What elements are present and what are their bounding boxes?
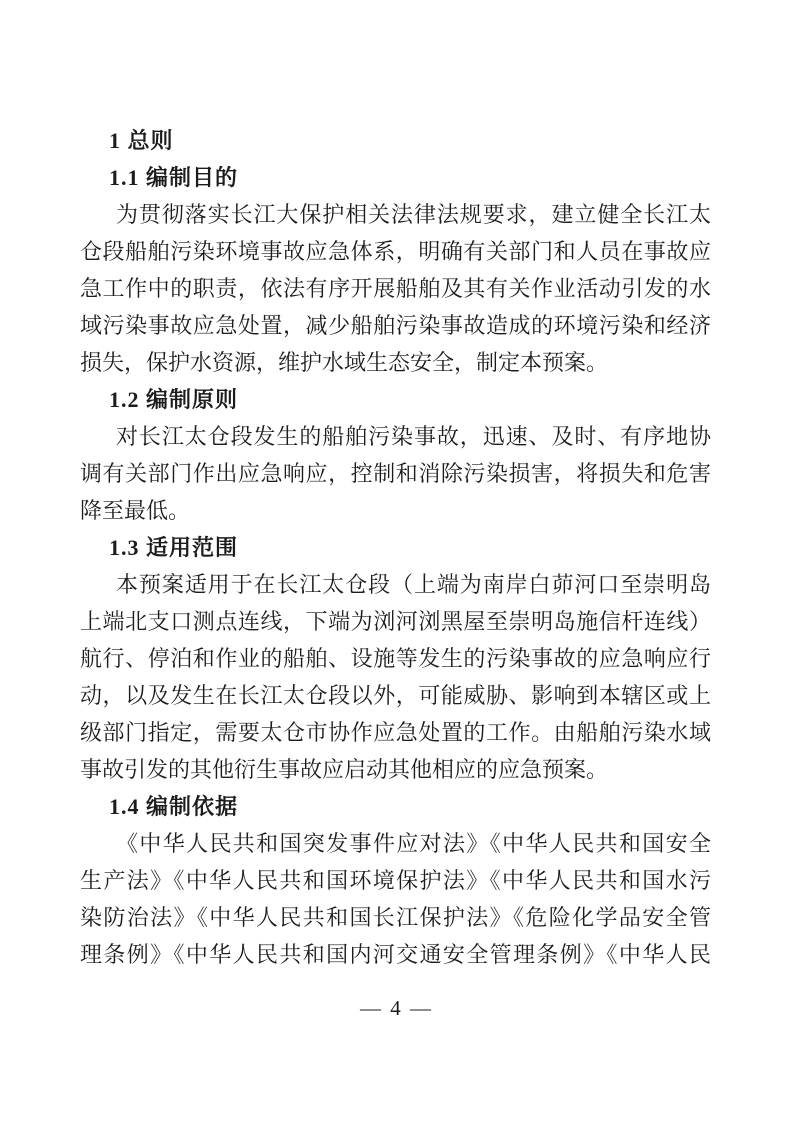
paragraph-line: 动，以及发生在长江太仓段以外，可能威胁、影响到本辖区或上 [80, 677, 711, 714]
paragraph-line: 《中华人民共和国突发事件应对法》《中华人民共和国安全 [80, 825, 711, 862]
section-heading-1-1: 1.1 编制目的 [80, 159, 711, 196]
page-number: — 4 — [0, 996, 793, 1021]
paragraph-line: 生产法》《中华人民共和国环境保护法》《中华人民共和国水污 [80, 862, 711, 899]
paragraph-line: 级部门指定，需要太仓市协作应急处置的工作。由船舶污染水域 [80, 714, 711, 751]
section-paragraph-1-2: 对长江太仓段发生的船舶污染事故，迅速、及时、有序地协调有关部门作出应急响应，控制… [80, 418, 711, 529]
paragraph-line: 降至最低。 [80, 492, 711, 529]
paragraph-line: 调有关部门作出应急响应，控制和消除污染损害，将损失和危害 [80, 455, 711, 492]
paragraph-line: 急工作中的职责，依法有序开展船舶及其有关作业活动引发的水 [80, 270, 711, 307]
section-paragraph-1-3: 本预案适用于在长江太仓段（上端为南岸白茆河口至崇明岛上端北支口测点连线，下端为浏… [80, 566, 711, 788]
section-paragraph-1-4: 《中华人民共和国突发事件应对法》《中华人民共和国安全生产法》《中华人民共和国环境… [80, 825, 711, 973]
paragraph-line: 本预案适用于在长江太仓段（上端为南岸白茆河口至崇明岛 [80, 566, 711, 603]
paragraph-line: 染防治法》《中华人民共和国长江保护法》《危险化学品安全管 [80, 899, 711, 936]
paragraph-line: 仓段船舶污染环境事故应急体系，明确有关部门和人员在事故应 [80, 233, 711, 270]
paragraph-line: 事故引发的其他衍生事故应启动其他相应的应急预案。 [80, 751, 711, 788]
section-heading-1-3: 1.3 适用范围 [80, 529, 711, 566]
section-heading-1-4: 1.4 编制依据 [80, 788, 711, 825]
paragraph-line: 域污染事故应急处置，减少船舶污染事故造成的环境污染和经济 [80, 307, 711, 344]
paragraph-line: 对长江太仓段发生的船舶污染事故，迅速、及时、有序地协 [80, 418, 711, 455]
paragraph-line: 为贯彻落实长江大保护相关法律法规要求，建立健全长江太 [80, 196, 711, 233]
document-page: 1 总则 1.1 编制目的 为贯彻落实长江大保护相关法律法规要求，建立健全长江太… [0, 0, 793, 1122]
chapter-heading: 1 总则 [80, 122, 711, 159]
paragraph-line: 航行、停泊和作业的船舶、设施等发生的污染事故的应急响应行 [80, 640, 711, 677]
paragraph-line: 损失，保护水资源，维护水域生态安全，制定本预案。 [80, 344, 711, 381]
section-paragraph-1-1: 为贯彻落实长江大保护相关法律法规要求，建立健全长江太仓段船舶污染环境事故应急体系… [80, 196, 711, 381]
section-heading-1-2: 1.2 编制原则 [80, 381, 711, 418]
document-content: 1 总则 1.1 编制目的 为贯彻落实长江大保护相关法律法规要求，建立健全长江太… [80, 122, 711, 973]
paragraph-line: 上端北支口测点连线，下端为浏河浏黑屋至崇明岛施信杆连线） [80, 603, 711, 640]
paragraph-line: 理条例》《中华人民共和国内河交通安全管理条例》《中华人民 [80, 936, 711, 973]
